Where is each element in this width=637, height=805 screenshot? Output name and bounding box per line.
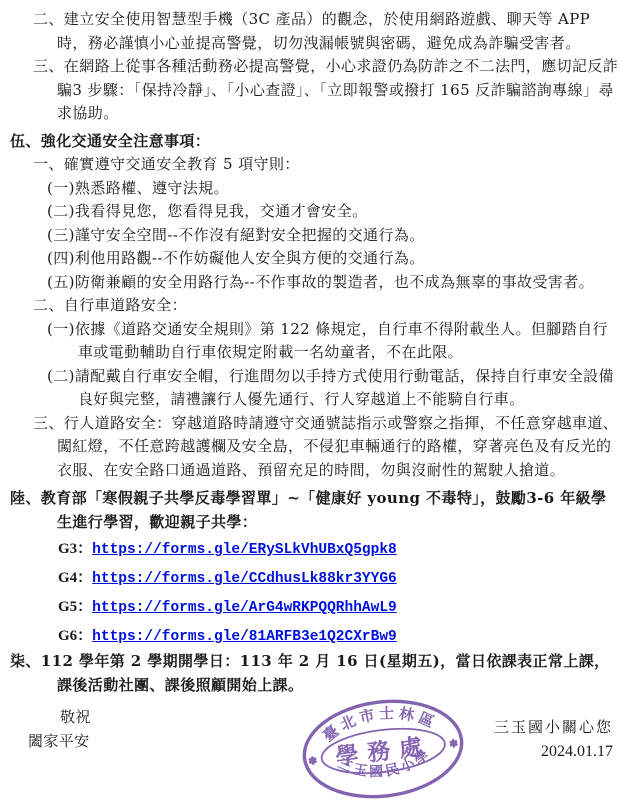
para-bicycle-safety-intro: 二、自行車道路安全： [0,294,621,318]
grade-label-g6: G6： [58,628,92,644]
school-office-seal: 臺北市士林區 學務處 三玉國民小學 ✽ ✽ [293,688,472,805]
seal-flower-left-icon: ✽ [307,754,318,768]
form-link-g5[interactable]: https://forms.gle/ArG4wRKPQQRhhAwL9 [92,600,397,616]
form-link-row-g5: G5：https://forms.gle/ArG4wRKPQQRhhAwL9 [58,592,621,621]
form-links-list: G3：https://forms.gle/ERySLkVhUBxQ5gpk8 G… [0,534,621,650]
para-antifraud: 三、在網路上從事各種活動務必提高警覺，小心求證仍為防詐之不二法門，應切記反詐騙3… [0,55,621,126]
section-heading-antidrug-learning: 陸、教育部「寒假親子共學反毒學習單」~「健康好 young 不毒特」，鼓勵3-6… [0,487,621,534]
para-rule-3: (三)謹守安全空間--不作沒有絕對安全把握的交通行為。 [0,224,621,248]
grade-label-g3: G3： [58,541,92,557]
para-rule-5: (五)防衛兼顧的安全用路行為--不作事故的製造者，也不成為無辜的事故受害者。 [0,271,621,295]
para-rule-1: (一)熟悉路權、遵守法規。 [0,177,621,201]
grade-label-g4: G4： [58,570,92,586]
para-traffic-rules-intro: 一、確實遵守交通安全教育 5 項守則： [0,153,621,177]
para-bicycle-rule-1: (一)依據《道路交通安全規則》第 122 條規定，自行車不得附載坐人。但腳踏自行… [0,318,621,365]
form-link-g6[interactable]: https://forms.gle/81ARFB3e1Q2CXrBw9 [92,629,397,645]
signoff-from: 三玉國小關心您 [494,716,613,740]
grade-label-g5: G5： [58,599,92,615]
form-link-g4[interactable]: https://forms.gle/CCdhusLk88kr3YYG6 [92,571,397,587]
form-link-row-g6: G6：https://forms.gle/81ARFB3e1Q2CXrBw9 [58,621,621,650]
section-heading-semester-start: 柒、112 學年第 2 學期開學日：113 年 2 月 16 日(星期五)，當日… [0,650,621,697]
form-link-row-g3: G3：https://forms.gle/ERySLkVhUBxQ5gpk8 [58,534,621,563]
para-bicycle-rule-2: (二)請配戴自行車安全帽，行進間勿以手持方式使用行動電話，保持自行車安全設備良好… [0,365,621,412]
para-rule-4: (四)利他用路觀--不作妨礙他人安全與方便的交通行為。 [0,247,621,271]
para-pedestrian-safety: 三、行人道路安全：穿越道路時請遵守交通號誌指示或警察之指揮，不任意穿越車道、闖紅… [0,412,621,483]
notice-document-page: 二、建立安全使用智慧型手機（3C 產品）的觀念，於使用網路遊戲、聊天等 APP … [0,0,637,805]
para-phone-safety: 二、建立安全使用智慧型手機（3C 產品）的觀念，於使用網路遊戲、聊天等 APP … [0,8,621,55]
notice-body: 二、建立安全使用智慧型手機（3C 產品）的觀念，於使用網路遊戲、聊天等 APP … [0,0,637,753]
form-link-row-g4: G4：https://forms.gle/CCdhusLk88kr3YYG6 [58,563,621,592]
section-heading-traffic-safety: 伍、強化交通安全注意事項： [0,130,621,154]
seal-flower-right-icon: ✽ [448,737,459,751]
form-link-g3[interactable]: https://forms.gle/ERySLkVhUBxQ5gpk8 [92,542,397,558]
para-rule-2: (二)我看得見您，您看得見我，交通才會安全。 [0,200,621,224]
signoff-date: 2024.01.17 [541,740,613,764]
